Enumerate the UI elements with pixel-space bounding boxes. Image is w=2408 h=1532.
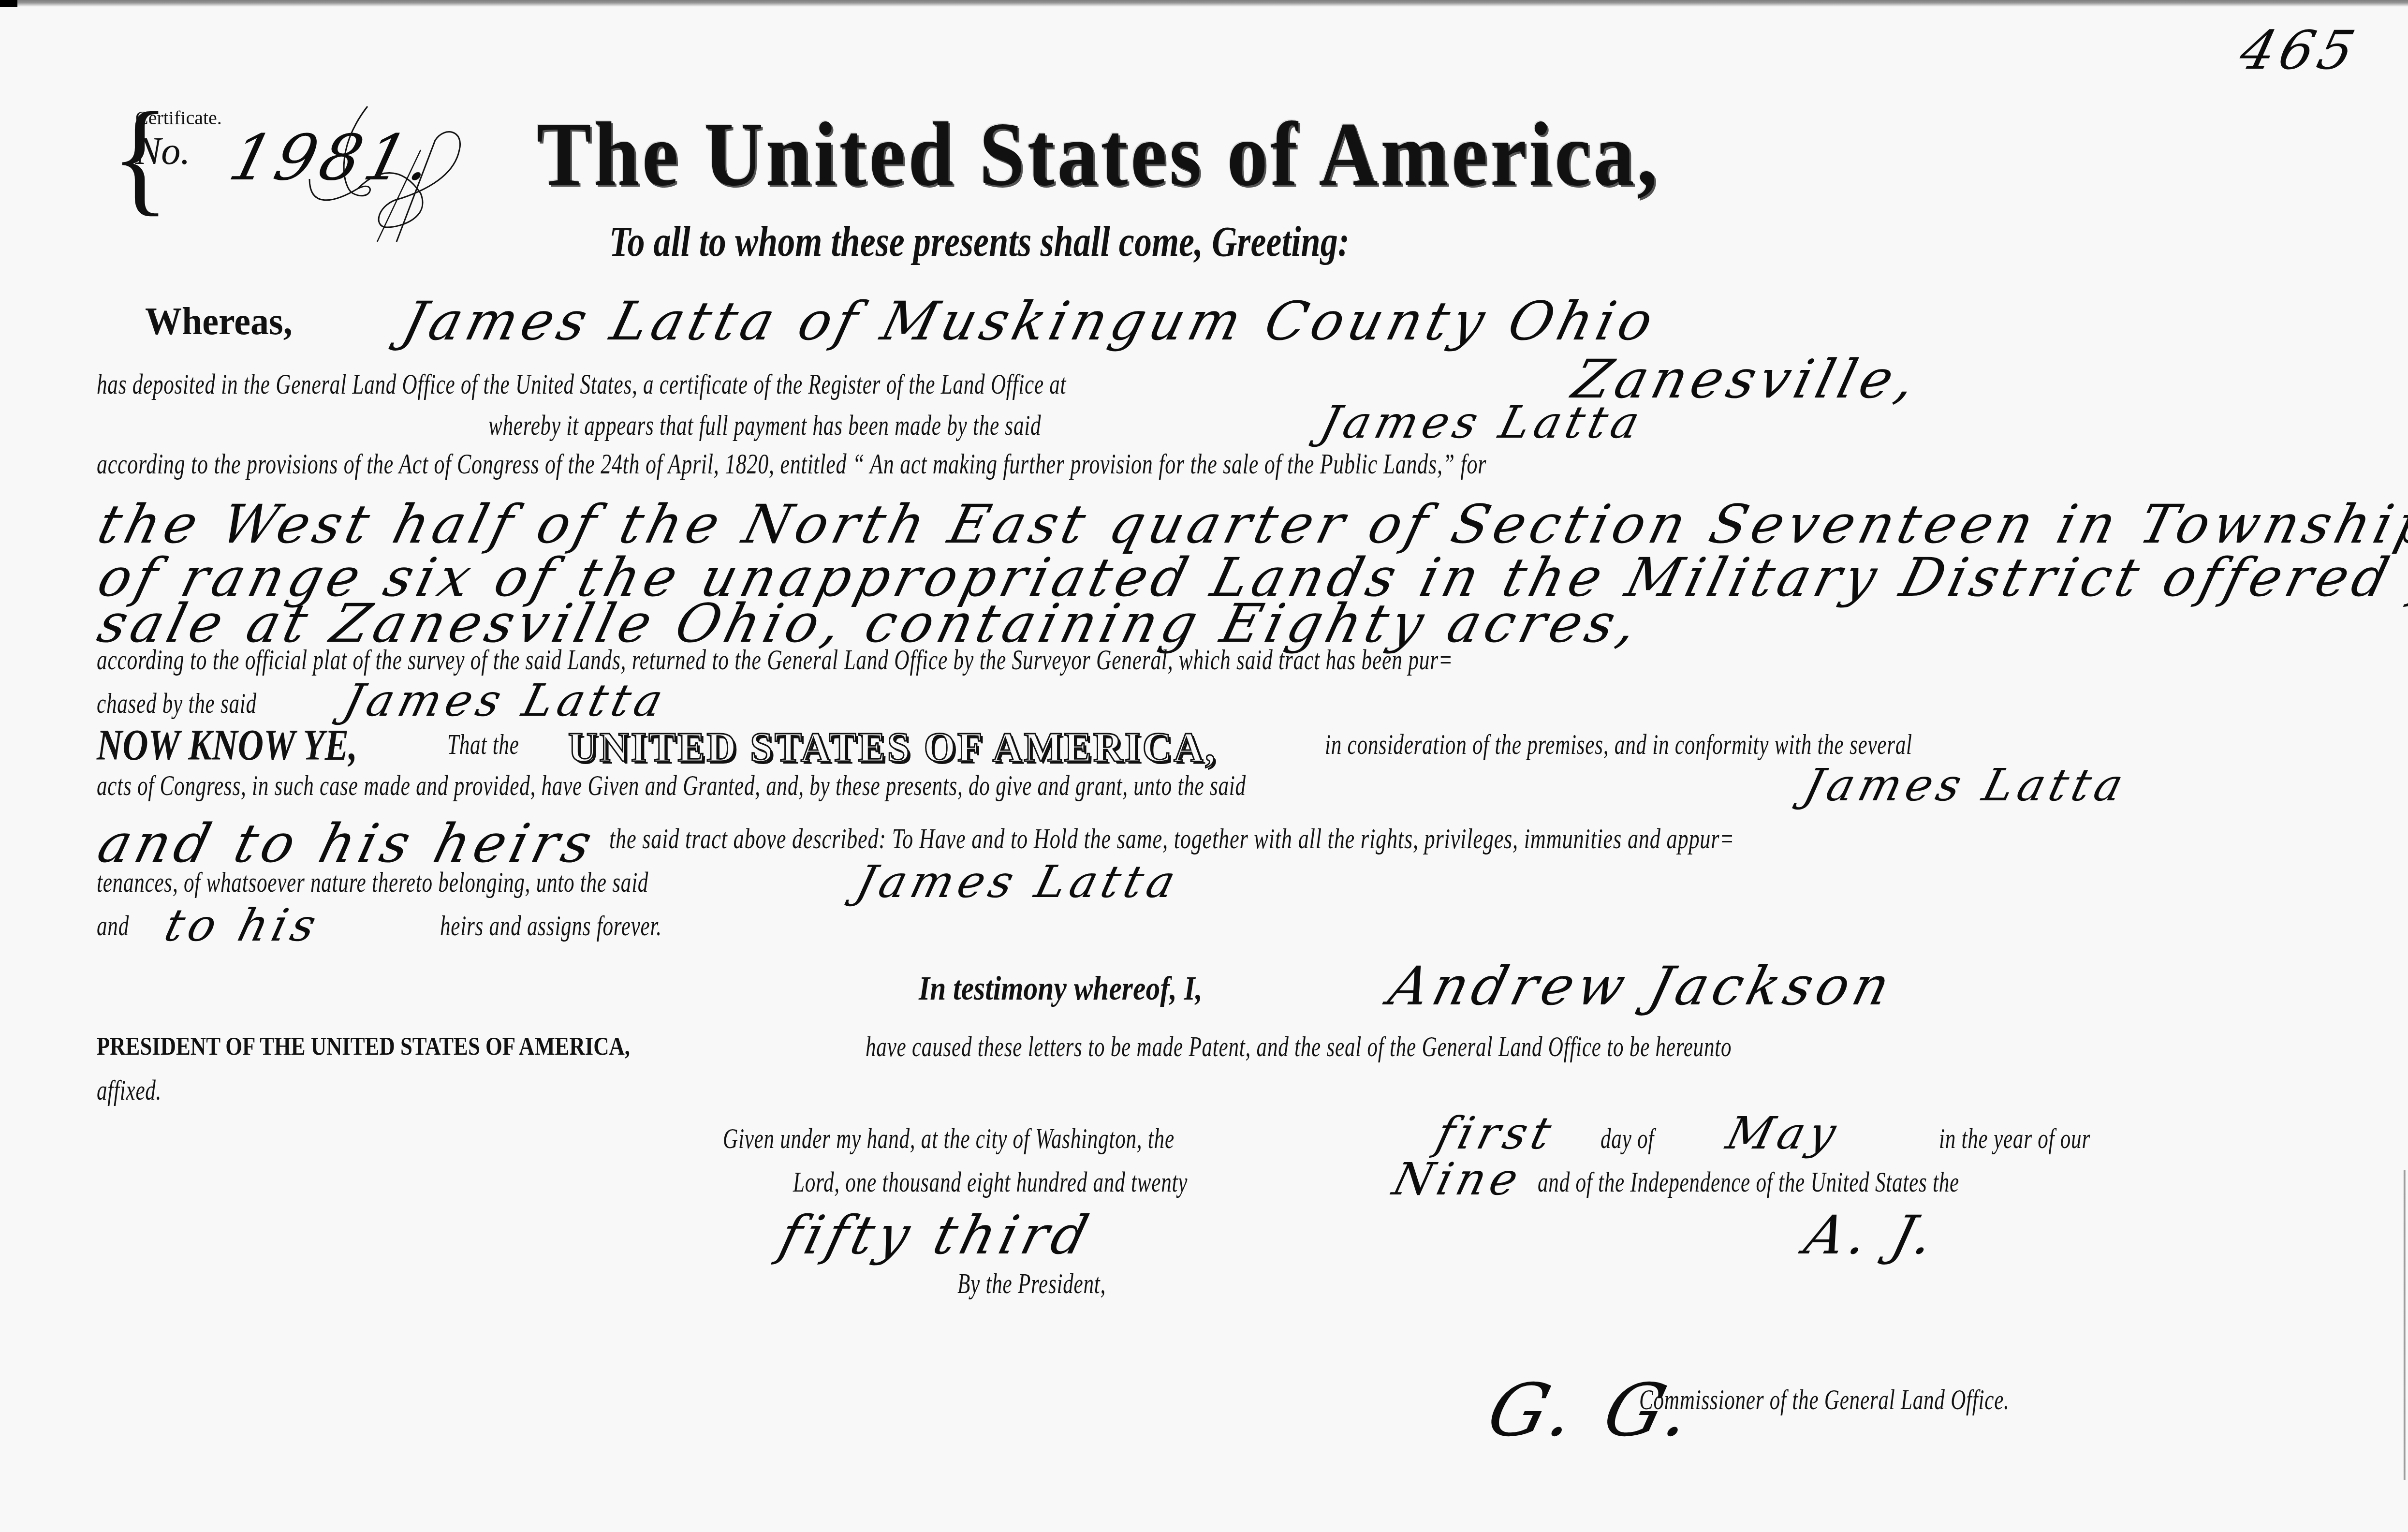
tract-description-line-1: the West half of the North East quarter … (92, 493, 2408, 555)
page-number: 465 (2234, 19, 2365, 81)
independence-line: and of the Independence of the United St… (1538, 1165, 1959, 1199)
deposited-line: has deposited in the General Land Office… (97, 368, 1066, 401)
official-plat-line: according to the official plat of the su… (97, 643, 1453, 677)
tenances-line: tenances, of whatsoever nature thereto b… (97, 866, 648, 899)
scan-corner-mark (0, 0, 17, 7)
year-word-handwritten: Nine (1388, 1153, 1528, 1205)
document-title: The United States of America, (537, 102, 1660, 206)
letters-patent-line: have caused these letters to be made Pat… (866, 1030, 1732, 1063)
independence-year-handwritten: fifty third (774, 1204, 1099, 1266)
clerk-flourish-signature (305, 82, 479, 247)
day-of-text: day of (1600, 1122, 1654, 1155)
given-under-hand-line: Given under my hand, at the city of Wash… (723, 1122, 1175, 1155)
affixed-text: affixed. (97, 1074, 162, 1107)
testimony-intro: In testimony whereof, I, (919, 970, 1203, 1008)
certificate-label: Certificate. (135, 106, 222, 129)
president-name-handwritten: Andrew Jackson (1383, 955, 1901, 1017)
grantee-name-1: James Latta (1315, 397, 1649, 448)
scan-right-edge (2403, 1170, 2406, 1480)
land-patent-document: 465 { Certificate. No. 1981. The United … (0, 0, 2408, 1532)
consideration-line: in consideration of the premises, and in… (1325, 728, 1912, 761)
lord-year-line: Lord, one thousand eight hundred and twe… (793, 1165, 1188, 1199)
united-states-outline-caps: UNITED STATES OF AMERICA, (568, 723, 1217, 771)
heirs-handwritten-2: to his (160, 899, 326, 951)
commissioner-title: Commissioner of the General Land Office. (1639, 1383, 2010, 1416)
whereby-line: whereby it appears that full payment has… (488, 409, 1041, 442)
president-initials: A. J. (1799, 1204, 1945, 1266)
month-handwritten: May (1721, 1107, 1846, 1159)
to-have-and-hold-line: the said tract above described: To Have … (609, 822, 1734, 855)
that-the-text: That the (447, 728, 519, 761)
day-handwritten: first (1431, 1107, 1561, 1159)
grantee-name-3: James Latta (1799, 759, 2133, 811)
certificate-no-label: No. (135, 130, 190, 174)
grantee-name-4: James Latta (851, 856, 1185, 908)
and-text: and (97, 909, 129, 943)
scan-top-edge (0, 0, 2408, 7)
chased-by-line: chased by the said (97, 687, 257, 720)
greeting-line: To all to whom these presents shall come… (609, 218, 1350, 266)
heirs-and-assigns-line: heirs and assigns forever. (440, 909, 662, 943)
year-of-our-text: in the year of our (1939, 1122, 2090, 1155)
president-title-caps: PRESIDENT OF THE UNITED STATES OF AMERIC… (97, 1032, 630, 1061)
now-know-ye-heading: NOW KNOW YE, (97, 721, 357, 770)
heirs-handwritten-1: and to his heirs (92, 812, 603, 874)
grantee-name-2: James Latta (338, 675, 673, 726)
acts-of-congress-line: acts of Congress, in such case made and … (97, 769, 1246, 802)
act-of-congress-line: according to the provisions of the Act o… (97, 447, 1486, 481)
grantee-intro-handwritten: James Latta of Muskingum County Ohio (396, 290, 1664, 352)
whereas-heading: Whereas, (145, 300, 293, 344)
by-the-president-text: By the President, (957, 1267, 1106, 1300)
